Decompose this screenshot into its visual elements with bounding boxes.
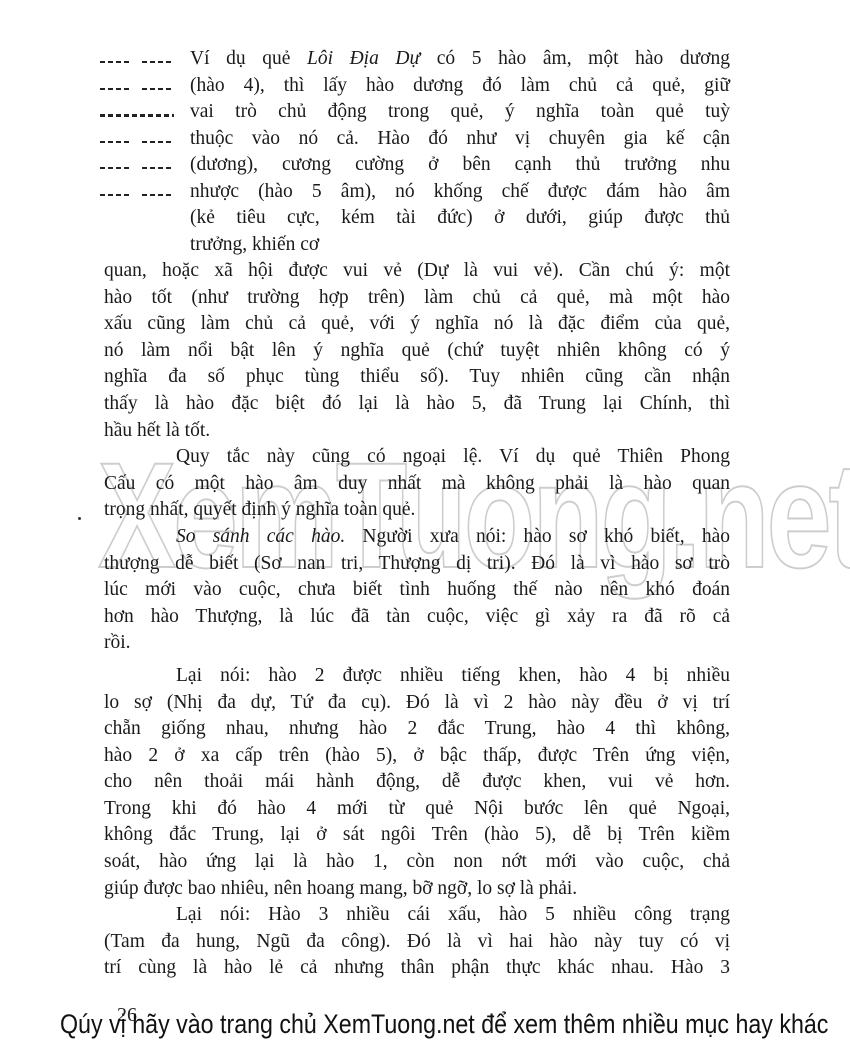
text-line: Trong khi đó hào 4 mới từ quẻ Nội bước l… [104,796,730,823]
book-page: XemTuong.net Ví dụ quẻ Lôi Địa Dự có 5 h… [0,0,850,1049]
stray-dot [78,517,81,520]
intro-paragraph: Ví dụ quẻ Lôi Địa Dự có 5 hào âm, một hà… [190,46,730,258]
paragraph-2: Quy tắc này cũng có ngoại lệ. Ví dụ quẻ … [104,444,730,524]
section-heading: So sánh các hào. [176,526,345,547]
text-line: soát, hào ứng lại là hào 1, còn non nớt … [104,849,730,876]
text-line: hào 2 ở xa cấp trên (hào 5), ở bậc thấp,… [104,743,730,770]
text-line: lo sợ (Nhị đa dự, Tứ đa cụ). Đó là vì 2 … [104,690,730,717]
text-line: Lại nói: hào 2 được nhiều tiếng khen, hà… [104,663,730,690]
text-line: hầu hết là tốt. [104,418,730,445]
text-line: trưởng, khiến cơ [190,232,730,259]
hexagram-line-yin [100,158,180,185]
text-line: Ví dụ quẻ Lôi Địa Dự có 5 hào âm, một hà… [190,46,730,73]
text-line: vai trò chủ động trong quẻ, ý nghĩa toàn… [190,99,730,126]
text-line: thấy là hào đặc biệt đó lại là hào 5, đã… [104,391,730,418]
text-line: giúp được bao nhiêu, nên hoang mang, bỡ … [104,876,730,903]
paragraph-5: Lại nói: Hào 3 nhiều cái xấu, hào 5 nhiề… [104,902,730,982]
text-line: Lại nói: Hào 3 nhiều cái xấu, hào 5 nhiề… [104,902,730,929]
text-line: So sánh các hào. Người xưa nói: hào sơ k… [104,524,730,551]
text-line: thuộc vào nó cả. Hào đó như vị chuyên gi… [190,126,730,153]
hexagram-line-yin [100,185,180,212]
text-line: (Tam đa hung, Ngũ đa công). Đó là vì hai… [104,929,730,956]
hexagram-line-yin [100,132,180,159]
text-line: Cấu có một hào âm duy nhất mà không phải… [104,471,730,498]
paragraph-3: So sánh các hào. Người xưa nói: hào sơ k… [104,524,730,657]
hexagram-line-yang [100,105,180,132]
text-line: trí cùng là hào lẻ cả nhưng thân phận th… [104,955,730,982]
text-line: quan, hoặc xã hội được vui vẻ (Dự là vui… [104,258,730,285]
text-line: nghĩa đa số phục tùng thiểu số). Tuy nhi… [104,364,730,391]
footer-banner: Qúy vị hãy vào trang chủ XemTuong.net để… [60,1002,696,1046]
text-line: xấu cũng làm chủ cả quẻ, với ý nghĩa nó … [104,311,730,338]
text-line: trọng nhất, quyết định ý nghĩa toàn quẻ. [104,497,730,524]
hexagram-lei-di-yu [100,52,180,211]
text-line: cho nên thoải mái hành động, dễ được khe… [104,769,730,796]
text-line: (kẻ tiêu cực, kém tài đức) ở dưới, giúp … [190,205,730,232]
text-line: Quy tắc này cũng có ngoại lệ. Ví dụ quẻ … [104,444,730,471]
hexagram-line-yin [100,79,180,106]
text-line: thượng dễ biết (Sơ nan tri, Thượng dị tr… [104,551,730,578]
text-line: (hào 4), thì lấy hào dương đó làm chủ cả… [190,73,730,100]
hexagram-line-yin [100,52,180,79]
text-line: chẵn giống nhau, nhưng hào 2 đắc Trung, … [104,716,730,743]
text-line: nhược (hào 5 âm), nó khống chế được đám … [190,179,730,206]
text-line: (dương), cương cường ở bên cạnh thủ trưở… [190,152,730,179]
text-line: rồi. [104,630,730,657]
paragraph-4: Lại nói: hào 2 được nhiều tiếng khen, hà… [104,663,730,902]
hexagram-name: Lôi Địa Dự [307,48,420,69]
text-line: hơn hào Thượng, là lúc đã tàn cuộc, việc… [104,604,730,631]
text-line: lúc mới vào cuộc, chưa biết tình huống t… [104,577,730,604]
text-line: nó làm nổi bật lên ý nghĩa quẻ (chứ tuyệ… [104,338,730,365]
text-line: hào tốt (như trường hợp trên) làm chủ cả… [104,285,730,312]
body-text: quan, hoặc xã hội được vui vẻ (Dự là vui… [104,258,730,982]
paragraph-1: quan, hoặc xã hội được vui vẻ (Dự là vui… [104,258,730,444]
text-line: không đắc Trung, lại ở sát ngôi Trên (hà… [104,822,730,849]
